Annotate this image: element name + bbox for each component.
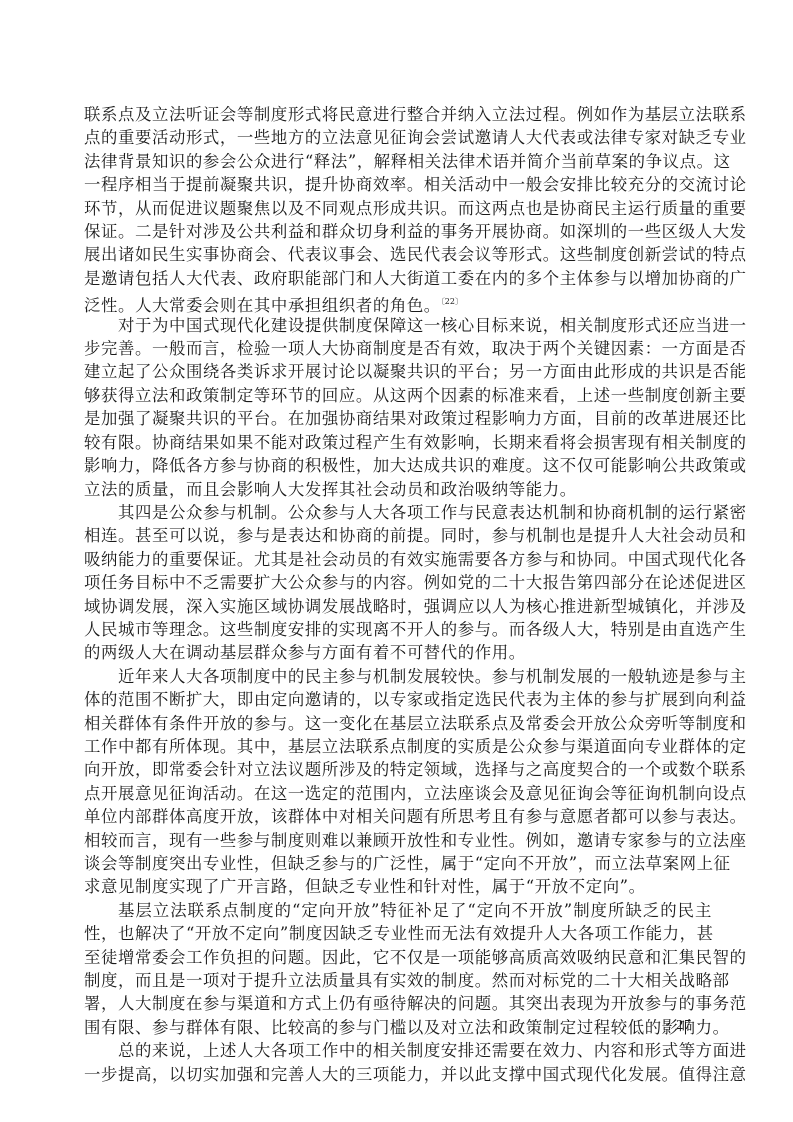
text-line: 相关群体有条件开放的参与。这一变化在基层立法联系点及常委会开放公众旁听等制度和: [84, 712, 712, 735]
text-line: 建立起了公众围绕各类诉求开展讨论以凝聚共识的平台；另一方面由此形成的共识是否能: [84, 360, 712, 383]
paragraph-4: 近年来人大各项制度中的民主参与机制发展较快。参与机制发展的一般轨迹是参与主 体的…: [84, 665, 712, 899]
paragraph-2: 对于为中国式现代化建设提供制度保障这一核心目标来说，相关制度形式还应当进一 步完…: [84, 314, 712, 501]
body-text: 联系点及立法听证会等制度形式将民意进行整合并纳入立法过程。例如作为基层立法联系 …: [84, 103, 712, 1086]
text-line: 谈会等制度突出专业性，但缺乏参与的广泛性，属于“定向不开放”，而立法草案网上征: [84, 852, 712, 875]
text-line: 的两级人大在调动基层群众参与方面有着不可替代的作用。: [84, 641, 712, 664]
text-line: 保证。二是针对涉及公共利益和群众切身利益的事务开展协商。如深圳的一些区级人大发: [84, 220, 712, 243]
text-line-indented: 基层立法联系点制度的“定向开放”特征补足了“定向不开放”制度所缺乏的民主: [84, 899, 712, 922]
paragraph-3: 其四是公众参与机制。公众参与人大各项工作与民意表达机制和协商机制的运行紧密 相连…: [84, 501, 712, 665]
text-line: 影响力，降低各方参与协商的积极性，加大达成共识的难度。这不仅可能影响公共政策或: [84, 454, 712, 477]
text-line: 立法的质量，而且会影响人大发挥其社会动员和政治吸纳等能力。: [84, 478, 712, 501]
text-line: 围有限、参与群体有限、比较高的参与门槛以及对立法和政策制定过程较低的影响力。: [84, 1016, 712, 1039]
text-line: 一步提高，以切实加强和完善人大的三项能力，并以此支撑中国式现代化发展。值得注意: [84, 1063, 712, 1086]
text-line-content: 泛性。人大常委会则在其中承担组织者的角色。: [84, 296, 441, 315]
text-line: 一程序相当于提前凝聚共识，提升协商效率。相关活动中一般会安排比较充分的交流讨论: [84, 173, 712, 196]
text-line: 步完善。一般而言，检验一项人大协商制度是否有效，取决于两个关键因素：一方面是否: [84, 337, 712, 360]
text-line: 域协调发展，深入实施区域协调发展战略时，强调应以人为核心推进新型城镇化，并涉及: [84, 595, 712, 618]
text-line: 泛性。人大常委会则在其中承担组织者的角色。〔22〕: [84, 290, 712, 313]
text-line: 较有限。协商结果如果不能对政策过程产生有效影响，长期来看将会损害现有相关制度的: [84, 431, 712, 454]
text-line-indented: 近年来人大各项制度中的民主参与机制发展较快。参与机制发展的一般轨迹是参与主: [84, 665, 712, 688]
text-line: 法律背景知识的参会公众进行“释法”，解释相关法律术语并简介当前草案的争议点。这: [84, 150, 712, 173]
text-line: 性，也解决了“开放不定向”制度因缺乏专业性而无法有效提升人大各项工作能力，甚: [84, 922, 712, 945]
text-line: 点的重要活动形式，一些地方的立法意见征询会尝试邀请人大代表或法律专家对缺乏专业: [84, 126, 712, 149]
text-line: 展出诸如民生实事协商会、代表议事会、选民代表会议等形式。这些制度创新尝试的特点: [84, 243, 712, 266]
text-line: 制度，而且是一项对于提升立法质量具有实效的制度。然而对标党的二十大相关战略部: [84, 969, 712, 992]
text-line: 点开展意见征询活动。在这一选定的范围内，立法座谈会及意见征询会等征询机制向设点: [84, 782, 712, 805]
text-line-indented: 其四是公众参与机制。公众参与人大各项工作与民意表达机制和协商机制的运行紧密: [84, 501, 712, 524]
text-line-indented: 对于为中国式现代化建设提供制度保障这一核心目标来说，相关制度形式还应当进一: [84, 314, 712, 337]
text-line: 单位内部群体高度开放，该群体中对相关问题有所思考且有参与意愿者都可以参与表达。: [84, 805, 712, 828]
paragraph-1: 联系点及立法听证会等制度形式将民意进行整合并纳入立法过程。例如作为基层立法联系 …: [84, 103, 712, 314]
text-line: 联系点及立法听证会等制度形式将民意进行整合并纳入立法过程。例如作为基层立法联系: [84, 103, 712, 126]
paragraph-6: 总的来说，上述人大各项工作中的相关制度安排还需要在效力、内容和形式等方面进 一步…: [84, 1039, 712, 1086]
text-line: 环节，从而促进议题聚焦以及不同观点形成共识。而这两点也是协商民主运行质量的重要: [84, 197, 712, 220]
text-line: 向开放，即常委会针对立法议题所涉及的特定领域，选择与之高度契合的一个或数个联系: [84, 758, 712, 781]
page-number: · 27 ·: [666, 1018, 702, 1034]
text-line: 相连。甚至可以说，参与是表达和协商的前提。同时，参与机制也是提升人大社会动员和: [84, 524, 712, 547]
paragraph-5: 基层立法联系点制度的“定向开放”特征补足了“定向不开放”制度所缺乏的民主 性，也…: [84, 899, 712, 1039]
text-line: 项任务目标中不乏需要扩大公众参与的内容。例如党的二十大报告第四部分在论述促进区: [84, 571, 712, 594]
text-line: 够获得立法和政策制定等环节的回应。从这两个因素的标准来看，上述一些制度创新主要: [84, 384, 712, 407]
text-line: 体的范围不断扩大，即由定向邀请的，以专家或指定选民代表为主体的参与扩展到向利益: [84, 688, 712, 711]
text-line: 吸纳能力的重要保证。尤其是社会动员的有效实施需要各方参与和协同。中国式现代化各: [84, 548, 712, 571]
text-line: 至徒增常委会工作负担的问题。因此，它不仅是一项能够高质高效吸纳民意和汇集民智的: [84, 946, 712, 969]
text-line: 求意见制度实现了广开言路，但缺乏专业性和针对性，属于“开放不定向”。: [84, 875, 712, 898]
text-line-indented: 总的来说，上述人大各项工作中的相关制度安排还需要在效力、内容和形式等方面进: [84, 1039, 712, 1062]
text-line: 署，人大制度在参与渠道和方式上仍有亟待解决的问题。其突出表现为开放参与的事务范: [84, 992, 712, 1015]
text-line: 工作中都有所体现。其中，基层立法联系点制度的实质是公众参与渠道面向专业群体的定: [84, 735, 712, 758]
text-line: 是邀请包括人大代表、政府职能部门和人大街道工委在内的多个主体参与以增加协商的广: [84, 267, 712, 290]
document-page: 联系点及立法听证会等制度形式将民意进行整合并纳入立法过程。例如作为基层立法联系 …: [0, 0, 793, 1122]
text-line: 是加强了凝聚共识的平台。在加强协商结果对政策过程影响力方面，目前的改革进展还比: [84, 407, 712, 430]
footnote-reference[interactable]: 〔22〕: [441, 297, 463, 306]
text-line: 人民城市等理念。这些制度安排的实现离不开人的参与。而各级人大，特别是由直选产生: [84, 618, 712, 641]
text-line: 相较而言，现有一些参与制度则难以兼顾开放性和专业性。例如，邀请专家参与的立法座: [84, 829, 712, 852]
